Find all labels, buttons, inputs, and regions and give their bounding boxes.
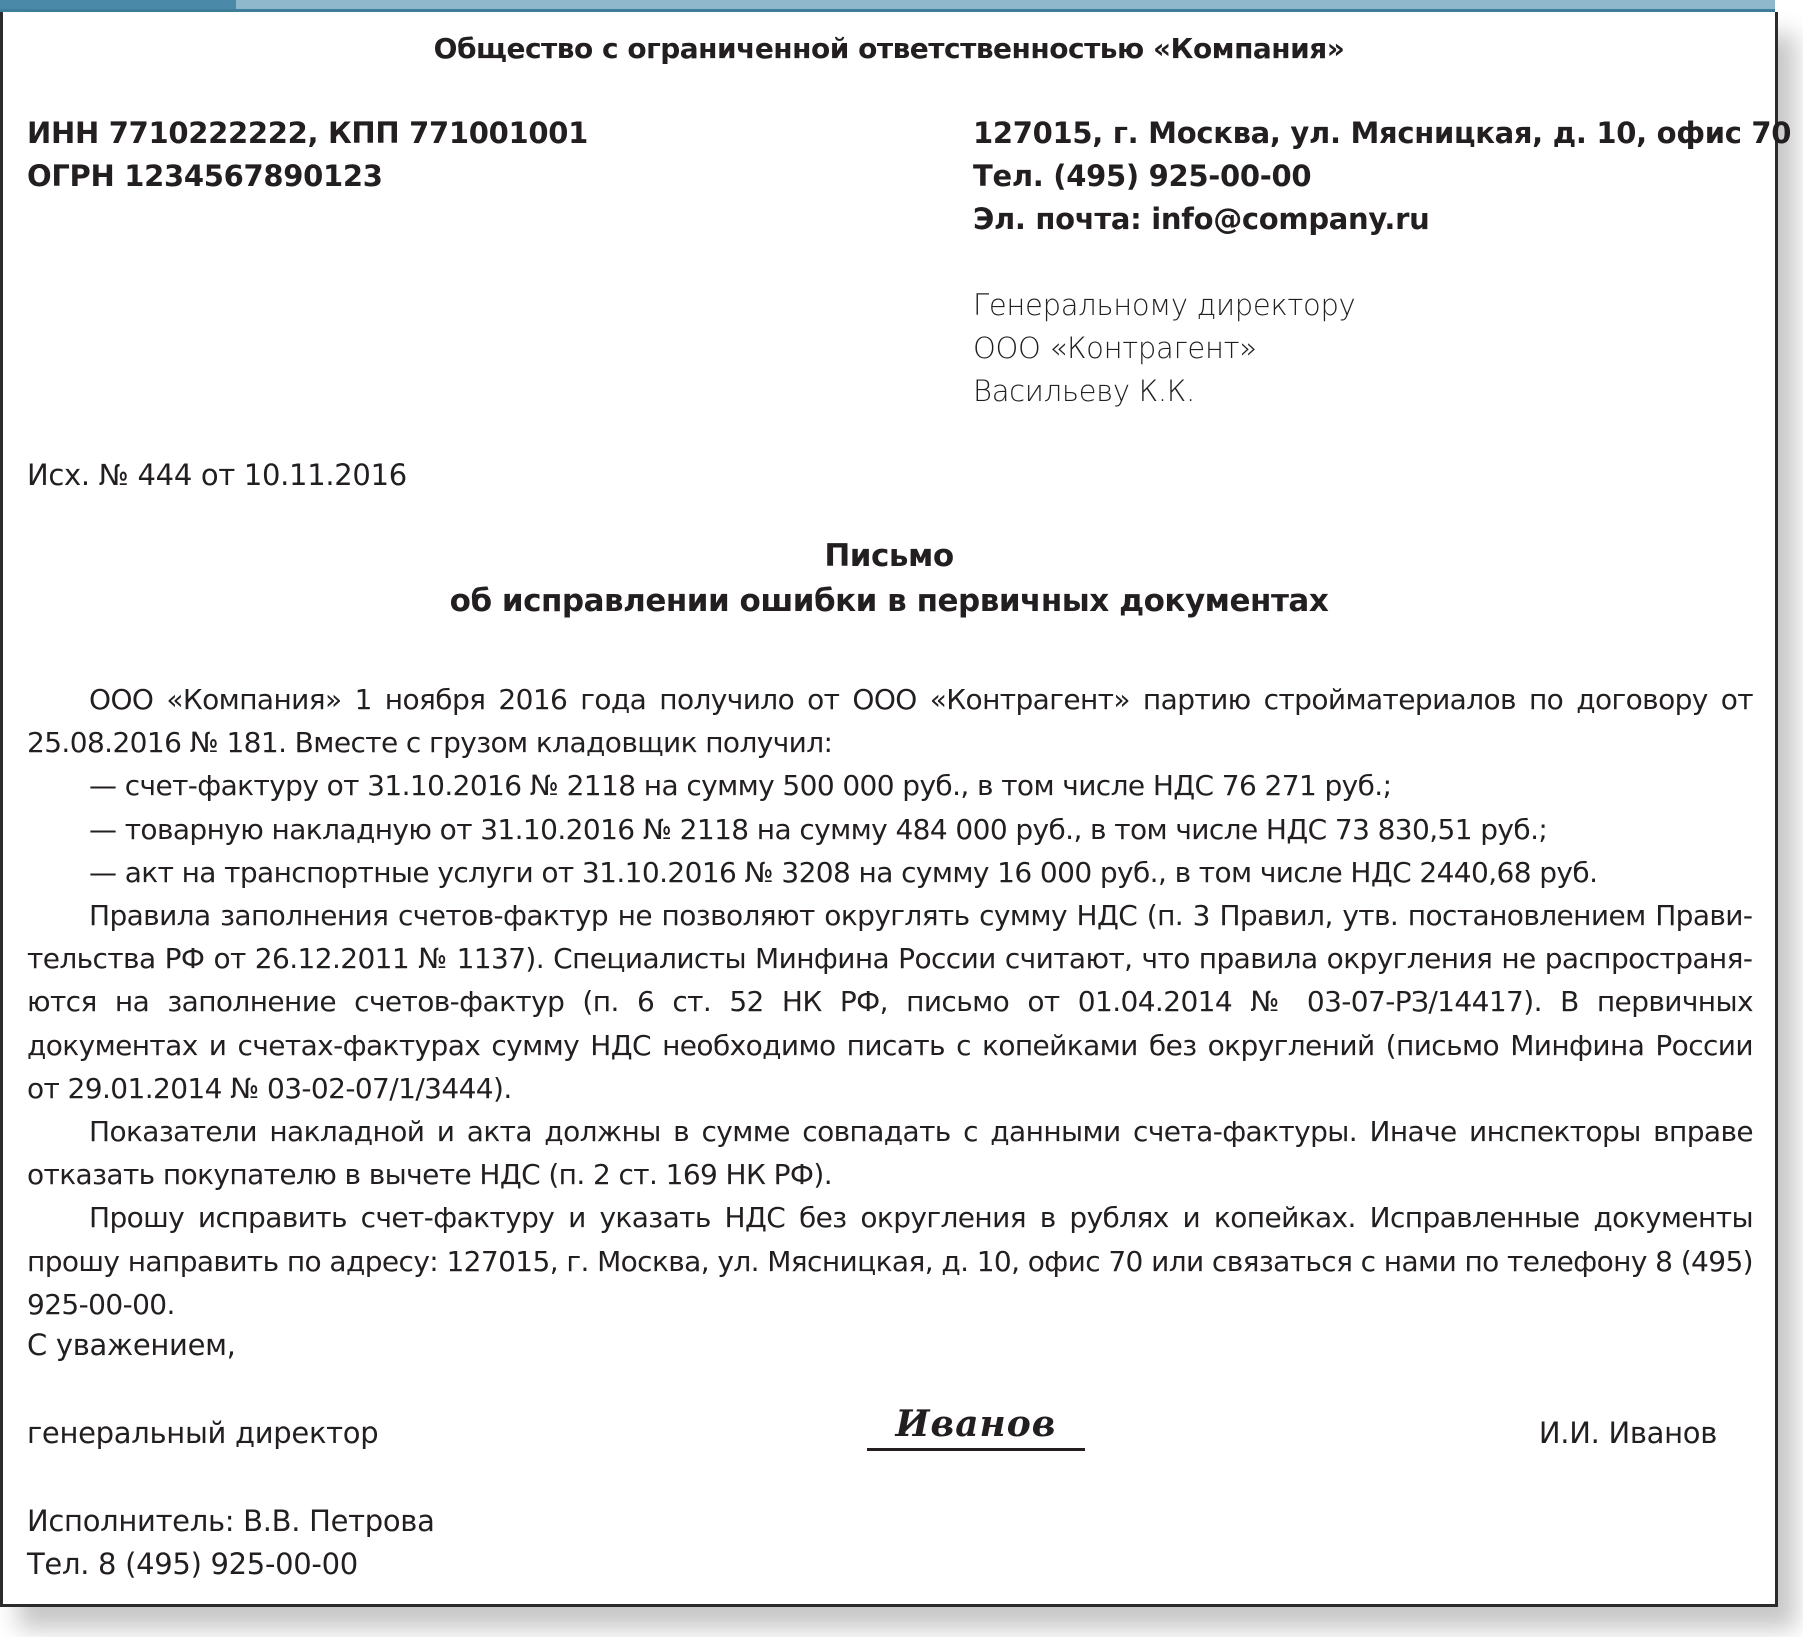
addressee-name: Васильеву К.К. xyxy=(973,370,1355,413)
letter-body: ООО «Компания» 1 ноября 2016 года получи… xyxy=(27,678,1753,1326)
address-line: 127015, г. Москва, ул. Мясницкая, д. 10,… xyxy=(973,112,1791,155)
list-item-invoice: — счет-фактуру от 31.10.2016 № 2118 на с… xyxy=(27,764,1753,807)
organization-name: Общество с ограниченной ответственностью… xyxy=(3,32,1775,65)
phone-line: Тел. (495) 925-00-00 xyxy=(973,155,1791,198)
signer-position: генеральный директор xyxy=(27,1416,378,1450)
paragraph-intro: ООО «Компания» 1 ноября 2016 года получи… xyxy=(27,678,1753,764)
letter-title: Письмо об исправлении ошибки в первичных… xyxy=(3,534,1775,624)
executor-phone: Тел. 8 (495) 925-00-00 xyxy=(27,1543,435,1586)
closing-salutation: С уважением, xyxy=(27,1328,236,1362)
list-item-transport-act: — акт на транспортные услуги от 31.10.20… xyxy=(27,851,1753,894)
title-main: Письмо xyxy=(3,534,1775,579)
header-band xyxy=(0,0,1775,12)
executor-name: Исполнитель: В.В. Петрова xyxy=(27,1500,435,1543)
email-line: Эл. почта: info@company.ru xyxy=(973,198,1791,241)
addressee-position: Генеральному директору xyxy=(973,284,1355,327)
title-subject: об исправлении ошибки в первичных докуме… xyxy=(3,579,1775,624)
inn-kpp-line: ИНН 7710222222, КПП 771001001 xyxy=(27,112,588,155)
letter-sheet: Общество с ограниченной ответственностью… xyxy=(0,12,1778,1607)
addressee-block: Генеральному директору ООО «Контрагент» … xyxy=(973,284,1355,413)
ogrn-line: ОГРН 1234567890123 xyxy=(27,155,588,198)
paragraph-request: Прошу исправить счет-фактуру и указать Н… xyxy=(27,1196,1753,1326)
paragraph-rules: Правила заполнения счетов-фактур не позв… xyxy=(27,894,1753,1110)
signer-name: И.И. Иванов xyxy=(1539,1416,1717,1450)
company-contacts: 127015, г. Москва, ул. Мясницкая, д. 10,… xyxy=(973,112,1791,241)
company-requisites: ИНН 7710222222, КПП 771001001 ОГРН 12345… xyxy=(27,112,588,198)
list-item-waybill: — товарную накладную от 31.10.2016 № 211… xyxy=(27,808,1753,851)
executor-block: Исполнитель: В.В. Петрова Тел. 8 (495) 9… xyxy=(27,1500,435,1586)
paragraph-consistency: Показатели накладной и акта должны в сум… xyxy=(27,1110,1753,1196)
handwritten-signature: Иванов xyxy=(867,1400,1085,1451)
header-band-accent xyxy=(0,0,236,9)
addressee-company: ООО «Контрагент» xyxy=(973,327,1355,370)
outgoing-reference: Исх. № 444 от 10.11.2016 xyxy=(27,458,407,492)
